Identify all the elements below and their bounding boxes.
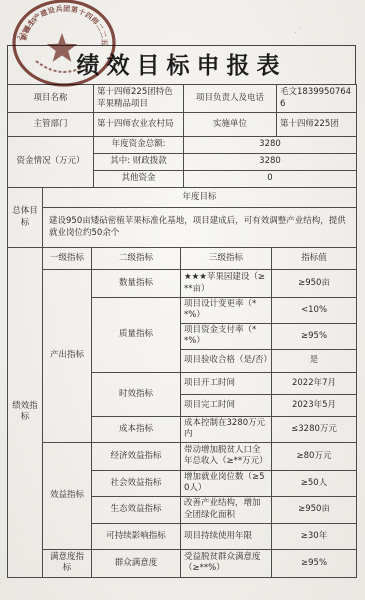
level1-satisfaction: 满意度指标 bbox=[43, 549, 92, 577]
level2-eco: 生态效益指标 bbox=[92, 496, 181, 523]
indicator-jobs-value: ≥50人 bbox=[272, 470, 357, 496]
indicator-satisfaction: 受益脱贫群众满意度（≥**%） bbox=[181, 549, 272, 577]
table-row: 建设950亩矮砧密植苹果标准化基地，项目建成后，可有效调整产业结构，提供就业岗位… bbox=[8, 208, 357, 248]
header-level1: 一级指标 bbox=[43, 248, 92, 270]
project-leader-label: 项目负责人及电话 bbox=[184, 85, 277, 113]
table-row: 主管部门 第十四师农业农村局 实施单位 第十四师225团 bbox=[8, 113, 357, 137]
indicator-cost-control: 成本控制在3280万元内 bbox=[181, 416, 272, 442]
indicator-finish-date-value: 2023年5月 bbox=[272, 394, 357, 416]
paper-background: 绩效目标申报表 项目名称 第十四师225团特色苹果精品项目 项目负责人及电话 毛… bbox=[0, 0, 365, 600]
level2-time: 时效指标 bbox=[92, 372, 181, 416]
table-row: 绩效指标 一级指标 二级指标 三级指标 指标值 bbox=[8, 248, 357, 270]
seal-code-text: 225—14 bbox=[15, 16, 38, 42]
project-name-label: 项目名称 bbox=[8, 85, 94, 113]
indicator-greening: 改善产业结构，增加全团绿化面积 bbox=[181, 496, 272, 523]
table-row: 总体目标 年度目标 bbox=[8, 188, 357, 208]
form-sheet: 绩效目标申报表 项目名称 第十四师225团特色苹果精品项目 项目负责人及电话 毛… bbox=[7, 45, 356, 578]
department-label: 主管部门 bbox=[8, 113, 94, 137]
level2-quantity: 数量指标 bbox=[92, 270, 181, 298]
funding-total-label: 年度资金总额: bbox=[94, 137, 184, 154]
funding-section-label: 资金情况（万元） bbox=[8, 137, 94, 188]
seal-ring-text-container: 新疆生产建设兵团第十四师二二五团 bbox=[2, 0, 108, 46]
header-level3: 三级指标 bbox=[181, 248, 272, 270]
indicator-start-date-value: 2022年7月 bbox=[272, 372, 357, 394]
funding-total-value: 3280 bbox=[184, 137, 357, 154]
indicator-jobs: 增加就业岗位数（≥50人） bbox=[181, 470, 272, 496]
funding-other-value: 0 bbox=[184, 171, 357, 188]
indicator-design-change: 项目设计变更率（**%） bbox=[181, 298, 272, 324]
indicator-design-change-value: <10% bbox=[272, 298, 357, 324]
indicator-start-date: 项目开工时间 bbox=[181, 372, 272, 394]
indicator-payment-rate-value: ≥95% bbox=[272, 323, 357, 349]
department-value: 第十四师农业农村局 bbox=[94, 113, 184, 137]
overall-goal-label: 总体目标 bbox=[8, 188, 43, 248]
implement-unit-label: 实施单位 bbox=[184, 113, 277, 137]
indicator-satisfaction-value: ≥95% bbox=[272, 549, 357, 577]
annual-goal-header: 年度目标 bbox=[43, 188, 357, 208]
indicator-cost-control-value: ≤3280万元 bbox=[272, 416, 357, 442]
indicator-orchard: ★★★苹果园建设（≥**亩） bbox=[181, 270, 272, 298]
project-name-value: 第十四师225团特色苹果精品项目 bbox=[94, 85, 184, 113]
form-title: 绩效目标申报表 bbox=[7, 45, 356, 85]
scanned-form-page: { "page": { "title": "绩效目标申报表" }, "color… bbox=[0, 0, 365, 600]
seal-ring-text: 新疆生产建设兵团第十四师二二五团 bbox=[2, 0, 108, 46]
indicator-row: 满意度指标 群众满意度 受益脱贫群众满意度（≥**%） ≥95% bbox=[8, 549, 357, 577]
level1-benefit: 效益指标 bbox=[43, 442, 92, 549]
indicator-lifespan: 项目持续使用年限 bbox=[181, 523, 272, 549]
header-value: 指标值 bbox=[272, 248, 357, 270]
indicator-finish-date: 项目完工时间 bbox=[181, 394, 272, 416]
pencil-scan-marks: ·˙ bbox=[293, 27, 306, 38]
indicator-income-value: ≥80万元 bbox=[272, 442, 357, 470]
info-table: 项目名称 第十四师225团特色苹果精品项目 项目负责人及电话 毛文1839950… bbox=[7, 84, 357, 188]
level2-quality: 质量指标 bbox=[92, 298, 181, 373]
indicator-acceptance: 项目验收合格（是/否） bbox=[181, 349, 272, 372]
indicators-table: 总体目标 年度目标 建设950亩矮砧密植苹果标准化基地，项目建成后，可有效调整产… bbox=[7, 187, 357, 578]
level2-social: 社会效益指标 bbox=[92, 470, 181, 496]
funding-fiscal-label: 其中: 财政拨款 bbox=[94, 154, 184, 171]
level2-cost: 成本指标 bbox=[92, 416, 181, 442]
project-leader-value: 毛文18399507646 bbox=[277, 85, 357, 113]
funding-other-label: 其他资金 bbox=[94, 171, 184, 188]
table-row: 项目名称 第十四师225团特色苹果精品项目 项目负责人及电话 毛文1839950… bbox=[8, 85, 357, 113]
level2-public: 群众满意度 bbox=[92, 549, 181, 577]
level2-economic: 经济效益指标 bbox=[92, 442, 181, 470]
level2-sustain: 可持续影响指标 bbox=[92, 523, 181, 549]
indicator-row: 产出指标 数量指标 ★★★苹果园建设（≥**亩） ≥950亩 bbox=[8, 270, 357, 298]
indicator-income: 带动增加脱贫人口全年总收入（≥**万元） bbox=[181, 442, 272, 470]
indicator-greening-value: ≥950亩 bbox=[272, 496, 357, 523]
performance-section-label: 绩效指标 bbox=[8, 248, 43, 578]
level1-output: 产出指标 bbox=[43, 270, 92, 443]
funding-fiscal-value: 3280 bbox=[184, 154, 357, 171]
annual-goal-text: 建设950亩矮砧密植苹果标准化基地，项目建成后，可有效调整产业结构，提供就业岗位… bbox=[43, 208, 357, 248]
indicator-orchard-value: ≥950亩 bbox=[272, 270, 357, 298]
indicator-lifespan-value: ≥30年 bbox=[272, 523, 357, 549]
indicator-payment-rate: 项目资金支付率（**%） bbox=[181, 323, 272, 349]
header-level2: 二级指标 bbox=[92, 248, 181, 270]
table-row: 资金情况（万元） 年度资金总额: 3280 bbox=[8, 137, 357, 154]
indicator-acceptance-value: 是 bbox=[272, 349, 357, 372]
implement-unit-value: 第十四师225团 bbox=[277, 113, 357, 137]
indicator-row: 效益指标 经济效益指标 带动增加脱贫人口全年总收入（≥**万元） ≥80万元 bbox=[8, 442, 357, 470]
